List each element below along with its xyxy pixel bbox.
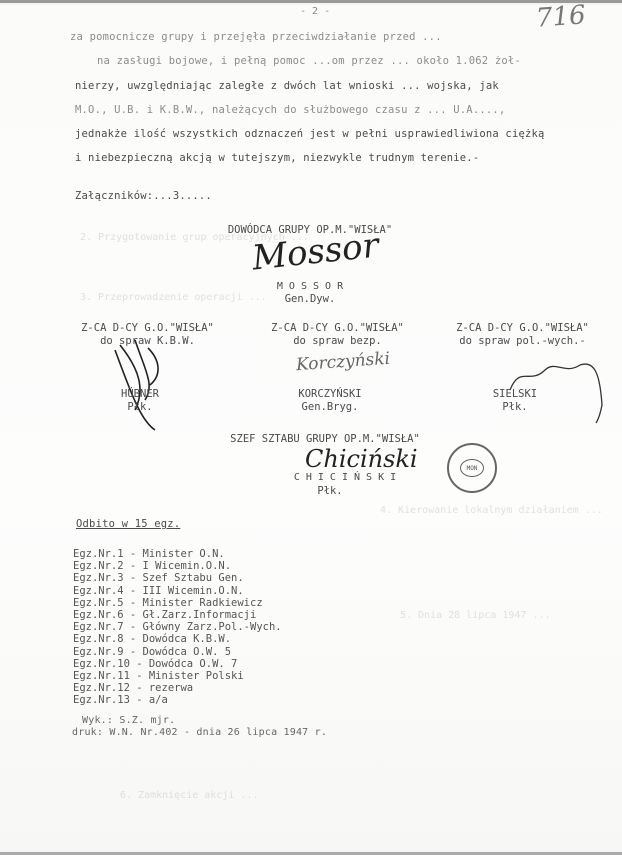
distribution-item: Egz.Nr.2 - I Wicemin.O.N. [73,560,282,572]
archive-stamp-center: MON [460,459,484,477]
chief-of-staff-rank: Płk. [300,485,360,498]
deputy-name: SIELSKI [470,388,560,401]
archive-number: 716 [535,0,587,33]
body-line: i niebezpieczną akcją w tutejszym, niezw… [75,152,479,164]
deputy-rank: Płk. [95,401,185,414]
typed-by-label: Wyk.: [82,715,113,726]
distribution-heading: Odbito w 15 egz. [76,518,180,530]
bleed-through-line: 5. Dnia 28 lipca 1947 ... [400,610,551,621]
distribution-item: Egz.Nr.5 - Minister Radkiewicz [73,597,282,609]
attachments-count: Załączników:...3..... [75,190,212,202]
deputy-subtitle: do spraw bezp. [250,335,425,348]
print-record-label: druk: [72,727,103,738]
body-line: na zasługi bojowe, i pełną pomoc ...om p… [97,55,521,67]
deputy-rank: Płk. [470,401,560,414]
deputy-name: KORCZYŃSKI [260,388,400,401]
chief-of-staff-name: C H I C I Ń S K I [270,471,420,484]
deputy-title: Z-CA D-CY G.O."WISŁA" [435,322,610,335]
body-line: nierzy, uwzględniając zaległe z dwóch la… [75,80,499,92]
distribution-list: Egz.Nr.1 - Minister O.N. Egz.Nr.2 - I Wi… [73,548,282,707]
distribution-item: Egz.Nr.9 - Dowódca O.W. 5 [73,646,282,658]
bleed-through-line: 6. Zamknięcie akcji ... [120,790,258,801]
distribution-item: Egz.Nr.12 - rezerwa [73,682,282,694]
print-record: druk: W.N. Nr.402 - dnia 26 lipca 1947 r… [72,727,327,738]
typed-by: Wyk.: S.Z. mjr. [82,715,175,726]
body-line: za pomocnicze grupy i przejęła przeciwdz… [70,31,442,43]
distribution-item: Egz.Nr.10 - Dowódca O.W. 7 [73,658,282,670]
distribution-item: Egz.Nr.3 - Szef Sztabu Gen. [73,572,282,584]
distribution-item: Egz.Nr.11 - Minister Polski [73,670,282,682]
distribution-heading-text: Odbito w 15 egz. [76,518,180,530]
distribution-item: Egz.Nr.13 - a/a [73,694,282,706]
deputy-handwritten-signature [100,330,180,440]
distribution-item: Egz.Nr.8 - Dowódca K.B.W. [73,633,282,645]
bleed-through-line: 4. Kierowanie lokalnym działaniem ... [380,505,603,516]
page-number: - 2 - [300,6,330,17]
chief-of-staff-handwritten-signature: Chiciński [305,445,418,473]
paper-top-edge [0,0,622,3]
deputy-title: Z-CA D-CY G.O."WISŁA" [250,322,425,335]
deputy-name: HÜBNER [95,388,185,401]
deputy-rank: Gen.Bryg. [260,401,400,414]
body-line: jednakże ilość wszystkich odznaczeń jest… [75,128,545,140]
distribution-item: Egz.Nr.4 - III Wicemin.O.N. [73,585,282,597]
archive-stamp: MON [447,443,497,493]
distribution-item: Egz.Nr.6 - Gł.Zarz.Informacji [73,609,282,621]
commander-rank: Gen.Dyw. [230,293,390,306]
distribution-item: Egz.Nr.7 - Główny Zarz.Pol.-Wych. [73,621,282,633]
commander-name: M O S S O R [230,280,390,293]
typed-by-value: S.Z. mjr. [119,715,175,726]
print-record-value: W.N. Nr.402 - dnia 26 lipca 1947 r. [109,727,327,738]
body-line: M.O., U.B. i K.B.W., należących do służb… [75,104,505,116]
deputy-handwritten-signature: Korczyński [295,349,390,376]
distribution-item: Egz.Nr.1 - Minister O.N. [73,548,282,560]
document-page: 2. Przygotowanie grup operacyjnych ... 3… [0,0,622,855]
